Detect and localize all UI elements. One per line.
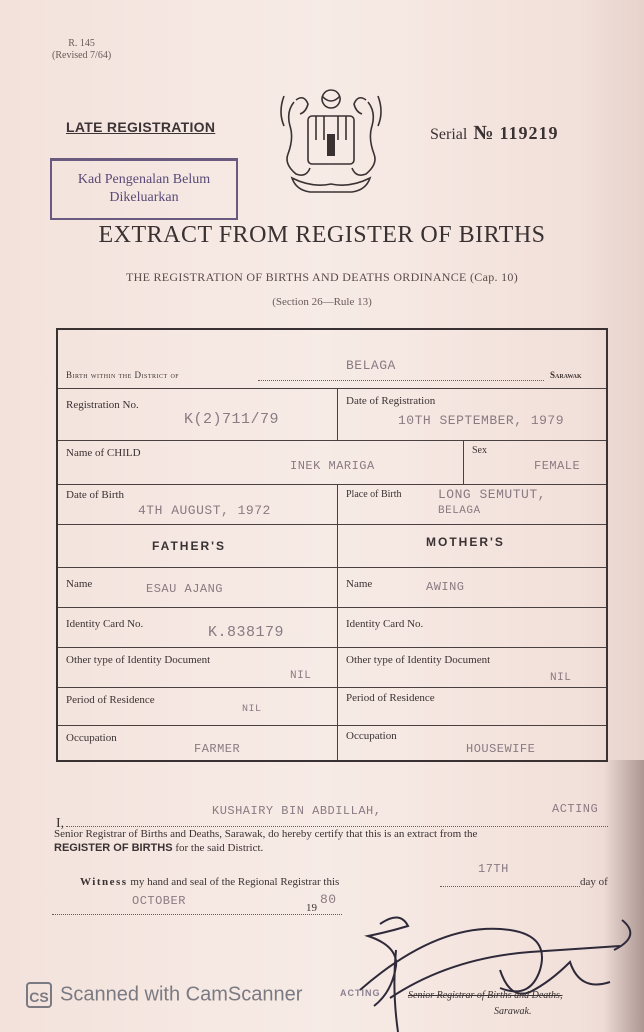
father-occupation-label: Occupation	[66, 732, 117, 744]
mother-occupation-label: Occupation	[346, 730, 397, 742]
father-occupation-value: Farmer	[194, 742, 240, 756]
registration-no-value: K(2)711/79	[184, 411, 279, 428]
registration-date-value: 10th September, 1979	[398, 413, 564, 428]
year-prefix: 19	[306, 902, 317, 914]
witness-line: Witness my hand and seal of the Regional…	[80, 876, 339, 888]
parent-other-id-row: Other type of Identity Document NIL Othe…	[58, 648, 606, 688]
camscanner-text: Scanned with CamScanner	[60, 983, 302, 1005]
witness-rest: my hand and seal of the Regional Registr…	[128, 876, 340, 888]
mother-other-id-cell: Other type of Identity Document NIL	[337, 648, 606, 687]
dob-value: 4th August, 1972	[138, 503, 271, 518]
mother-other-id-value: NIL	[550, 672, 571, 684]
child-name-row: Name of CHILD Inek Mariga Sex Female	[58, 441, 606, 485]
mother-name-label: Name	[346, 578, 372, 590]
mother-ic-label: Identity Card No.	[346, 618, 423, 630]
father-name-value: Esau Ajang	[146, 582, 223, 596]
registrar-name: Kushairy Bin Abdillah,	[212, 804, 381, 818]
stamp-line-2: Dikeluarkan	[52, 189, 236, 207]
mother-residence-label: Period of Residence	[346, 692, 435, 704]
mother-header: MOTHER'S	[426, 535, 505, 549]
registrar-acting: Acting	[552, 802, 598, 816]
signature-title-line2: Sarawak.	[494, 1006, 532, 1017]
birth-record-table: Birth within the District of Belaga Sara…	[56, 328, 608, 762]
mother-name-cell: Name Awing	[337, 568, 606, 607]
mother-ic-cell: Identity Card No.	[337, 608, 606, 647]
month-value: October	[132, 894, 186, 908]
parent-residence-row: Period of Residence NIL Period of Reside…	[58, 688, 606, 726]
serial-label: Serial	[430, 126, 467, 143]
dob-label: Date of Birth	[66, 489, 124, 501]
camscanner-logo-icon: CS	[26, 982, 52, 1008]
late-registration-label: LATE REGISTRATION	[66, 119, 215, 135]
signature-title-line1: Senior Registrar of Births and Deaths,	[408, 990, 562, 1001]
district-suffix: Sarawak	[550, 370, 582, 380]
registration-date-label: Date of Registration	[346, 395, 435, 407]
section-line: (Section 26—Rule 13)	[0, 296, 644, 308]
father-residence-value: NIL	[242, 704, 262, 715]
district-dots	[258, 380, 544, 381]
father-other-id-label: Other type of Identity Document	[66, 654, 210, 666]
registration-no-label: Registration No.	[66, 399, 139, 411]
parents-header-row: FATHER'S MOTHER'S	[58, 525, 606, 568]
mother-occupation-cell: Occupation Housewife	[337, 726, 606, 760]
sex-cell: Sex Female	[463, 441, 606, 484]
coat-of-arms-icon	[272, 82, 390, 200]
father-ic-label: Identity Card No.	[66, 618, 143, 630]
child-name-label: Name of CHILD	[66, 447, 141, 459]
stamp-line-1: Kad Pengenalan Belum	[52, 171, 236, 189]
child-name-value: Inek Mariga	[290, 459, 375, 473]
serial-value: 119219	[499, 123, 558, 143]
sex-value: Female	[534, 459, 580, 473]
camscanner-watermark: CSScanned with CamScanner	[26, 982, 302, 1008]
register-of-births-bold: REGISTER OF BIRTHS	[54, 842, 173, 854]
pob-value-line1: Long Semutut,	[438, 487, 546, 502]
pob-cell: Place of Birth Long Semutut, Belaga	[337, 485, 606, 524]
form-number-text: R. 145	[52, 38, 111, 50]
cert-line-3-rest: for the said District.	[173, 842, 264, 854]
father-other-id-value: NIL	[290, 670, 311, 682]
day-dots	[440, 886, 580, 887]
month-dots	[52, 914, 342, 915]
birth-row: Date of Birth 4th August, 1972 Place of …	[58, 485, 606, 525]
district-row: Birth within the District of Belaga Sara…	[58, 330, 606, 389]
father-name-label: Name	[66, 578, 92, 590]
witness-bold: Witness	[80, 876, 128, 888]
form-number: R. 145 (Revised 7/64)	[52, 38, 111, 62]
year-value: 80	[320, 892, 337, 907]
day-value: 17th	[478, 862, 509, 876]
signature-acting: ACTING	[340, 988, 381, 998]
revised-text: (Revised 7/64)	[52, 50, 111, 62]
document-title: EXTRACT FROM REGISTER OF BIRTHS	[0, 222, 644, 249]
mother-residence-cell: Period of Residence	[337, 688, 606, 725]
father-header: FATHER'S	[152, 539, 226, 553]
mother-occupation-value: Housewife	[466, 742, 535, 756]
day-of-label: day of	[580, 876, 608, 888]
pob-value-line2: Belaga	[438, 505, 481, 517]
ic-not-issued-stamp: Kad Pengenalan Belum Dikeluarkan	[50, 158, 238, 220]
serial-no-symbol: №	[473, 122, 493, 144]
parent-occupation-row: Occupation Farmer Occupation Housewife	[58, 726, 606, 760]
cert-line-3: REGISTER OF BIRTHS for the said District…	[54, 842, 263, 854]
sex-label: Sex	[472, 445, 487, 456]
district-value: Belaga	[346, 358, 396, 373]
registration-row: Registration No. K(2)711/79 Date of Regi…	[58, 389, 606, 441]
cert-line-2: Senior Registrar of Births and Deaths, S…	[54, 828, 477, 840]
pob-label: Place of Birth	[346, 489, 402, 500]
registration-date-cell: Date of Registration 10th September, 197…	[337, 389, 606, 440]
father-residence-label: Period of Residence	[66, 694, 155, 706]
mother-name-value: Awing	[426, 580, 465, 594]
parent-ic-row: Identity Card No. K.838179 Identity Card…	[58, 608, 606, 648]
mother-other-id-label: Other type of Identity Document	[346, 654, 490, 666]
district-label: Birth within the District of	[66, 370, 179, 380]
father-ic-value: K.838179	[208, 624, 284, 641]
ordinance-line: THE REGISTRATION OF BIRTHS AND DEATHS OR…	[0, 270, 644, 285]
serial-number: Serial№119219	[430, 122, 558, 145]
parent-name-row: Name Esau Ajang Name Awing	[58, 568, 606, 608]
registrar-name-dots	[66, 826, 608, 827]
mother-header-cell: MOTHER'S	[337, 525, 606, 567]
